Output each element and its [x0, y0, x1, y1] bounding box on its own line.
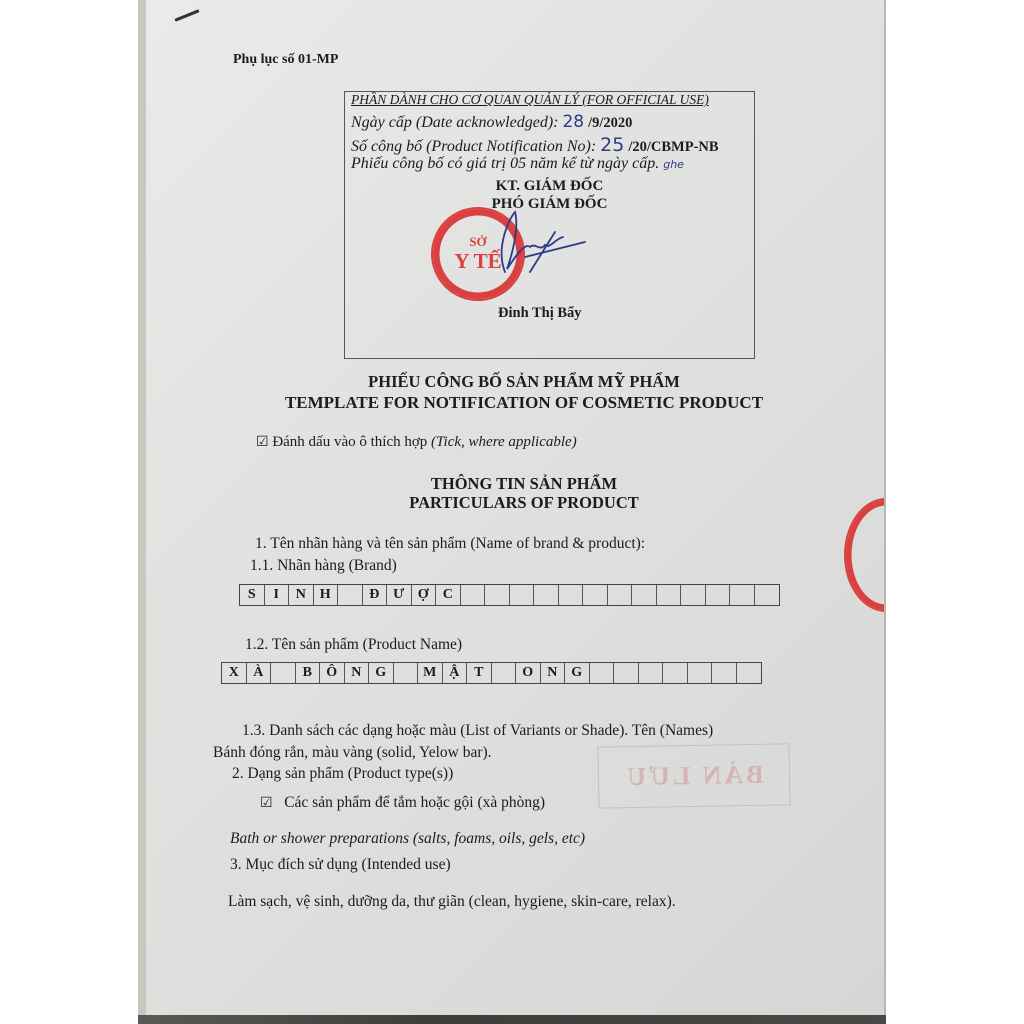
tick-text-vi: Đánh dấu vào ô thích hợp — [272, 434, 427, 450]
signature-icon — [485, 207, 595, 277]
letter-cell — [338, 585, 363, 605]
tick-text-en: (Tick, where applicable) — [431, 434, 577, 450]
letter-cell — [688, 663, 713, 683]
q1-label: 1. Tên nhãn hàng và tên sản phẩm (Name o… — [255, 535, 645, 553]
letter-cell: T — [467, 663, 492, 683]
notification-number-handwritten: 25 — [600, 134, 624, 156]
date-day-handwritten: 28 — [562, 112, 584, 132]
letter-cell — [614, 663, 639, 683]
letter-cell: O — [516, 663, 541, 683]
letter-cell — [755, 585, 780, 605]
letter-cell: G — [565, 663, 590, 683]
letter-cell — [712, 663, 737, 683]
q1-3-value: Bánh đóng rắn, màu vàng (solid, Yelow ba… — [213, 744, 492, 762]
brand-letter-grid: SINHĐƯỢC — [239, 584, 780, 606]
letter-cell — [534, 585, 559, 605]
q2-label: 2. Dạng sản phẩm (Product type(s)) — [232, 765, 453, 783]
q2-option-vi: Các sản phẩm để tắm hoặc gội (xà phòng) — [284, 794, 545, 811]
q3-label: 3. Mục đích sử dụng (Intended use) — [230, 856, 451, 874]
letter-cell — [730, 585, 755, 605]
letter-cell: H — [314, 585, 339, 605]
letter-cell: N — [541, 663, 566, 683]
letter-cell — [559, 585, 584, 605]
letter-cell — [639, 663, 664, 683]
q2-option-en: Bath or shower preparations (salts, foam… — [230, 830, 585, 848]
date-label: Ngày cấp (Date acknowledged): — [351, 114, 558, 131]
validity-initials: ghe — [663, 158, 684, 171]
letter-cell: M — [418, 663, 443, 683]
title-vi: PHIẾU CÔNG BỐ SẢN PHẨM MỸ PHẨM — [154, 372, 886, 392]
letter-cell — [706, 585, 731, 605]
official-use-box: PHẦN DÀNH CHO CƠ QUAN QUẢN LÝ (FOR OFFIC… — [344, 91, 755, 359]
edge-seal-stamp — [844, 498, 886, 612]
letter-cell: N — [289, 585, 314, 605]
letter-cell — [461, 585, 486, 605]
letter-cell — [590, 663, 615, 683]
validity-line: Phiếu công bố có giá trị 05 năm kể từ ng… — [351, 155, 684, 173]
letter-cell — [583, 585, 608, 605]
date-acknowledged-line: Ngày cấp (Date acknowledged): 28 /9/2020 — [351, 112, 632, 132]
letter-cell: Đ — [363, 585, 388, 605]
letter-cell — [737, 663, 762, 683]
notification-number-line: Số công bố (Product Notification No): 25… — [351, 134, 719, 156]
letter-cell — [608, 585, 633, 605]
letter-cell: C — [436, 585, 461, 605]
letter-cell: B — [296, 663, 321, 683]
bleed-through-stamp: BẢN LƯU — [597, 743, 790, 808]
letter-cell — [681, 585, 706, 605]
section-title-vi: THÔNG TIN SẢN PHẨM — [154, 474, 886, 494]
letter-cell — [632, 585, 657, 605]
letter-cell: Ậ — [443, 663, 468, 683]
title-en: TEMPLATE FOR NOTIFICATION OF COSMETIC PR… — [154, 393, 886, 413]
appendix-label: Phụ lục số 01-MP — [233, 52, 338, 68]
date-rest: /9/2020 — [588, 115, 632, 131]
notification-label: Số công bố (Product Notification No): — [351, 138, 596, 155]
q2-option: ☑ Các sản phẩm để tắm hoặc gội (xà phòng… — [260, 794, 545, 812]
letter-cell — [663, 663, 688, 683]
q1-1-label: 1.1. Nhãn hàng (Brand) — [250, 557, 397, 575]
document-photo: Phụ lục số 01-MP PHẦN DÀNH CHO CƠ QUAN Q… — [138, 0, 886, 1024]
letter-cell: S — [240, 585, 265, 605]
letter-cell — [492, 663, 517, 683]
letter-cell: X — [222, 663, 247, 683]
signer-name: Đinh Thị Bẩy — [498, 305, 582, 322]
paper-edge — [884, 0, 886, 1015]
checkbox-checked-icon: ☑ — [256, 434, 269, 450]
tick-instruction: ☑ Đánh dấu vào ô thích hợp (Tick, where … — [256, 434, 577, 451]
letter-cell — [271, 663, 296, 683]
letter-cell: Ợ — [412, 585, 437, 605]
product-letter-grid: XÀBÔNGMẬTONG — [221, 662, 762, 684]
q1-2-label: 1.2. Tên sản phẩm (Product Name) — [245, 636, 462, 654]
checkbox-checked-icon: ☑ — [260, 795, 273, 811]
letter-cell — [657, 585, 682, 605]
letter-cell: N — [345, 663, 370, 683]
q1-3-label: 1.3. Danh sách các dạng hoặc màu (List o… — [242, 722, 713, 740]
letter-cell: À — [247, 663, 272, 683]
letter-cell — [510, 585, 535, 605]
letter-cell: Ư — [387, 585, 412, 605]
letter-cell: Ô — [320, 663, 345, 683]
letter-cell — [394, 663, 419, 683]
validity-text: Phiếu công bố có giá trị 05 năm kể từ ng… — [351, 155, 659, 172]
official-use-header: PHẦN DÀNH CHO CƠ QUAN QUẢN LÝ (FOR OFFIC… — [351, 92, 709, 108]
letter-cell: G — [369, 663, 394, 683]
letter-cell: I — [265, 585, 290, 605]
paper-sheet: Phụ lục số 01-MP PHẦN DÀNH CHO CƠ QUAN Q… — [146, 0, 886, 1015]
section-title-en: PARTICULARS OF PRODUCT — [154, 493, 886, 513]
q3-value: Làm sạch, vệ sinh, dưỡng da, thư giãn (c… — [228, 893, 676, 911]
table-surface — [138, 1015, 886, 1024]
signer-title-1: KT. GIÁM ĐỐC — [345, 178, 754, 195]
pen-mark — [174, 9, 199, 22]
notification-rest: /20/CBMP-NB — [628, 139, 718, 155]
letter-cell — [485, 585, 510, 605]
